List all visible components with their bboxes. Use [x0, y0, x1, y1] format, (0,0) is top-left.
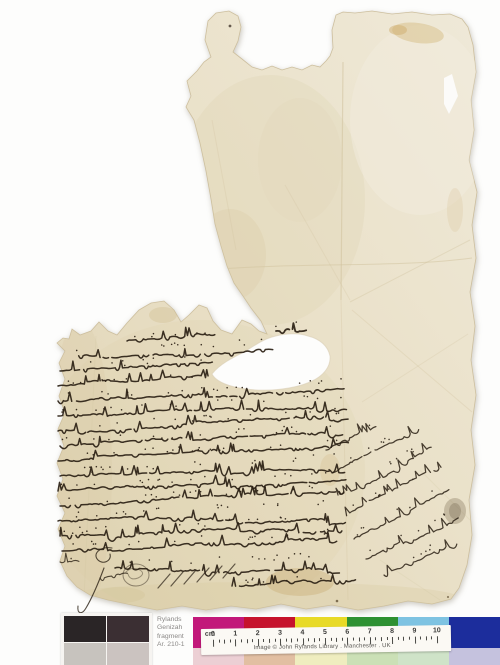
- fragment-label: Rylands Genizah fragment Ar. 210-1: [157, 616, 193, 649]
- gray-patch-darkbrown: [107, 616, 149, 642]
- ruler-tick: [353, 637, 354, 640]
- ruler-tick: [286, 638, 287, 641]
- ruler-tick: [224, 639, 225, 644]
- ruler-tick: [308, 638, 309, 641]
- ruler-tick: [426, 636, 427, 641]
- patch-navy: [449, 617, 500, 648]
- ruler-number: 9: [412, 628, 416, 635]
- manuscript-fragment: [0, 0, 500, 665]
- grayscale-card: [61, 613, 152, 665]
- patch-pastel-lavender: [449, 648, 500, 665]
- ruler-tick: [342, 637, 343, 640]
- ruler-number: 5: [323, 629, 327, 636]
- ruler-tick: [252, 639, 253, 642]
- ruler-tick: [336, 637, 337, 642]
- gray-patch-light1: [64, 643, 106, 665]
- ruler-tick: [375, 637, 376, 640]
- ruler-tick: [291, 638, 292, 643]
- ruler-tick: [247, 639, 248, 644]
- ruler-number: 2: [256, 630, 260, 637]
- ruler-tick: [319, 638, 320, 641]
- ruler-number: 7: [368, 628, 372, 635]
- ruler-number: 10: [433, 627, 441, 634]
- ruler-tick: [364, 637, 365, 640]
- gray-patch-light2: [107, 643, 149, 665]
- ruler-tick: [241, 639, 242, 642]
- ruler-tick: [219, 639, 220, 642]
- ruler-tick: [297, 638, 298, 641]
- ruler-tick: [230, 639, 231, 642]
- label-line-2: Genizah: [157, 624, 193, 632]
- ruler-tick: [263, 638, 264, 641]
- ruler-tick: [387, 637, 388, 640]
- gray-patch-black: [64, 616, 106, 642]
- ruler-tick: [359, 637, 360, 642]
- photo-stage: Rylands Genizah fragment Ar. 210-1 cm 01…: [0, 0, 500, 665]
- ruler-tick: [431, 636, 432, 639]
- copyright-caption: Image © John Rylands Library . Mancheste…: [201, 642, 443, 652]
- ruler-tick: [331, 637, 332, 640]
- ruler-tick: [409, 636, 410, 639]
- ruler-tick: [381, 637, 382, 642]
- ruler-tick: [275, 638, 276, 641]
- ruler: cm 012345678910 Image © John Rylands Lib…: [201, 625, 451, 655]
- ruler-tick: [398, 636, 399, 639]
- ruler-tick: [420, 636, 421, 639]
- ruler-tick: [269, 638, 270, 643]
- ruler-number: 1: [233, 630, 237, 637]
- label-line-1: Rylands: [157, 616, 193, 624]
- ruler-number: 6: [345, 629, 349, 636]
- label-line-3: fragment: [157, 633, 193, 641]
- ruler-number: 0: [211, 631, 215, 638]
- ruler-tick: [314, 638, 315, 643]
- label-line-4: Ar. 210-1: [157, 641, 193, 649]
- ruler-number: 8: [390, 628, 394, 635]
- ruler-number: 4: [300, 629, 304, 636]
- ruler-number: 3: [278, 630, 282, 637]
- ruler-tick: [403, 636, 404, 641]
